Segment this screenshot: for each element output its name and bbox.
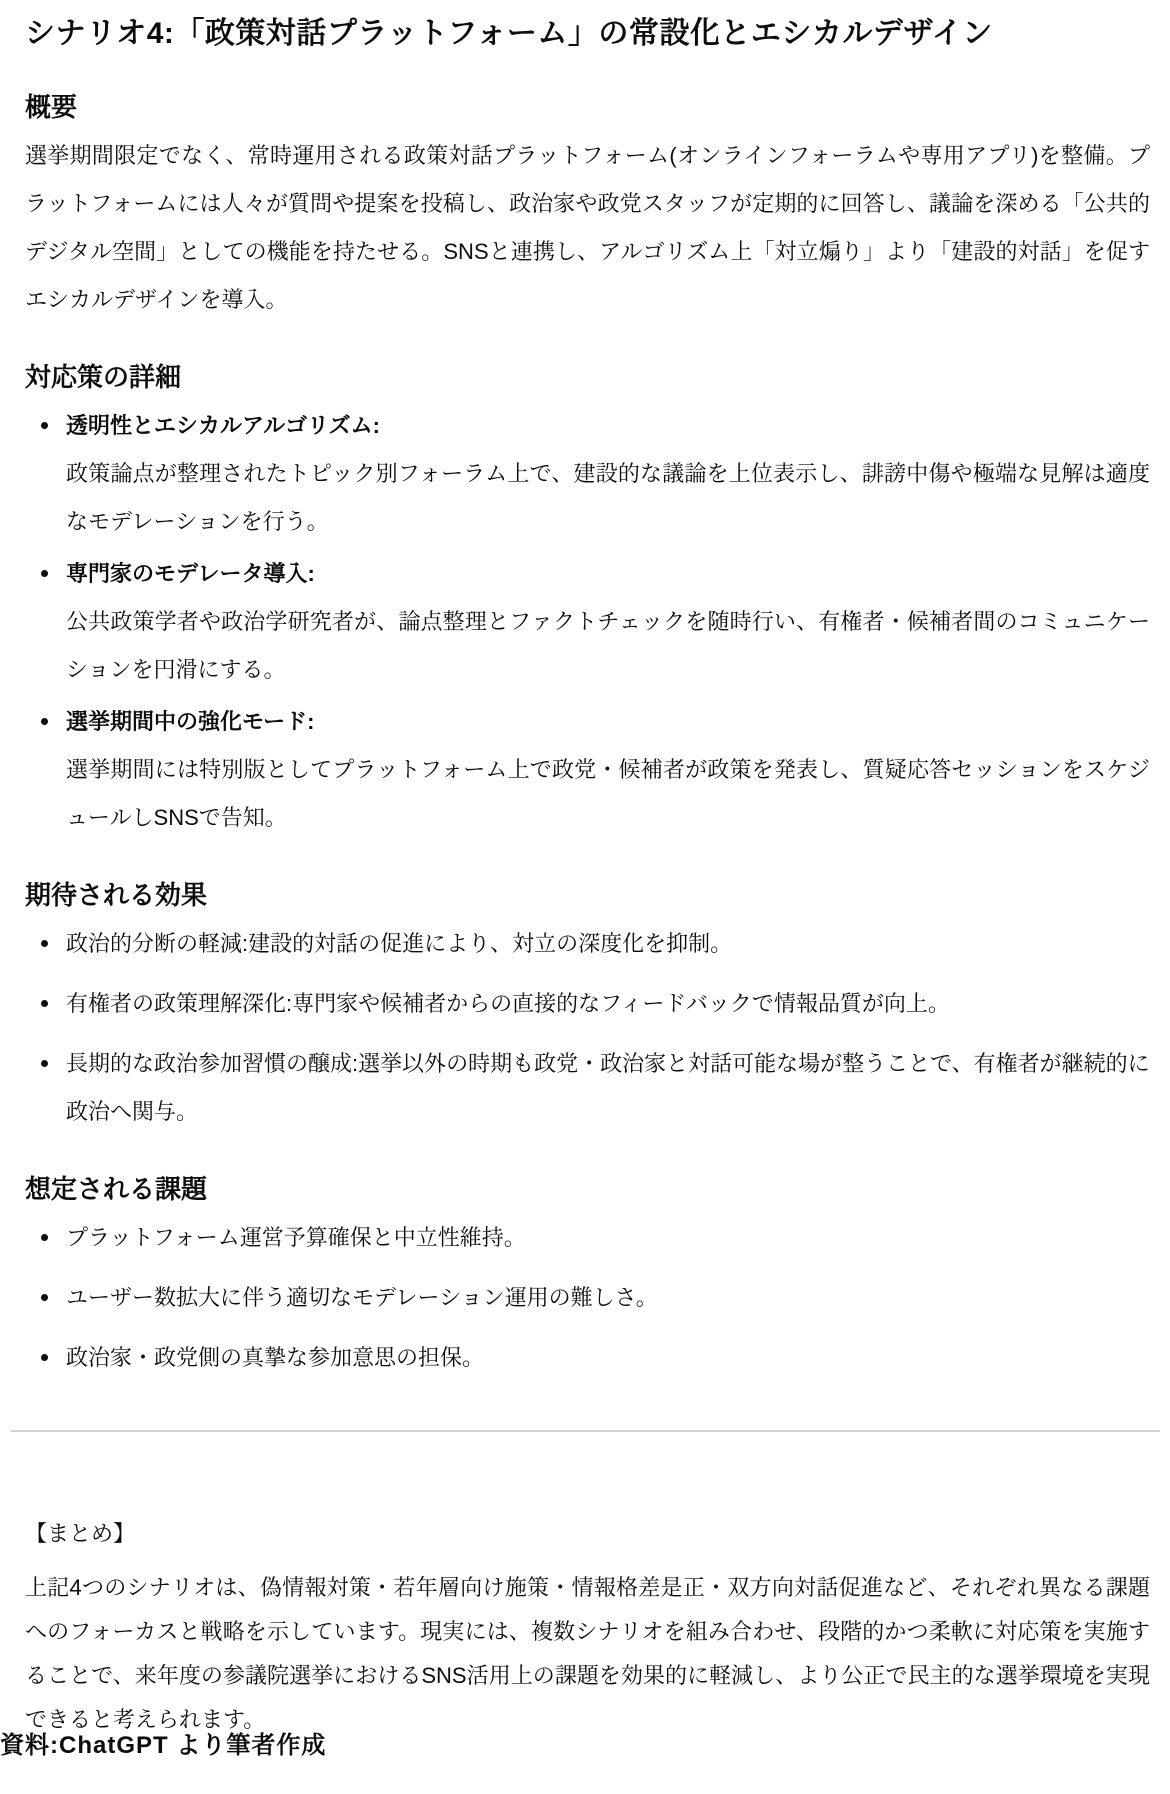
list-item: プラットフォーム運営予算確保と中立性維持。 [66, 1214, 1150, 1262]
page-title: シナリオ4:「政策対話プラットフォーム」の常設化とエシカルデザイン [25, 14, 1150, 54]
measure-description: 選挙期間には特別版としてプラットフォーム上で政党・候補者が政策を発表し、質疑応答… [66, 746, 1150, 842]
measure-label: 透明性とエシカルアルゴリズム: [66, 402, 1150, 450]
section-challenges: 想定される課題 プラットフォーム運営予算確保と中立性維持。 ユーザー数拡大に伴う… [25, 1172, 1150, 1382]
challenges-heading: 想定される課題 [25, 1172, 1150, 1206]
list-item: 長期的な政治参加習慣の醸成:選挙以外の時期も政党・政治家と対話可能な場が整うこと… [66, 1040, 1150, 1136]
list-item: 有権者の政策理解深化:専門家や候補者からの直接的なフィードバックで情報品質が向上… [66, 980, 1150, 1028]
overview-heading: 概要 [25, 90, 1150, 124]
section-effects: 期待される効果 政治的分断の軽減:建設的対話の促進により、対立の深度化を抑制。 … [25, 878, 1150, 1136]
section-summary: 【まとめ】 上記4つのシナリオは、偽情報対策・若年層向け施策・情報格差是正・双方… [25, 1512, 1150, 1742]
summary-heading: 【まとめ】 [25, 1512, 1150, 1556]
measure-description: 公共政策学者や政治学研究者が、論点整理とファクトチェックを随時行い、有権者・候補… [66, 598, 1150, 694]
summary-paragraph: 上記4つのシナリオは、偽情報対策・若年層向け施策・情報格差是正・双方向対話促進な… [25, 1566, 1150, 1742]
effects-heading: 期待される効果 [25, 878, 1150, 912]
section-measures: 対応策の詳細 透明性とエシカルアルゴリズム: 政策論点が整理されたトピック別フォ… [25, 360, 1150, 842]
section-overview: 概要 選挙期間限定でなく、常時運用される政策対話プラットフォーム(オンラインフォ… [25, 90, 1150, 324]
list-item: 透明性とエシカルアルゴリズム: 政策論点が整理されたトピック別フォーラム上で、建… [66, 402, 1150, 546]
list-item: 政治的分断の軽減:建設的対話の促進により、対立の深度化を抑制。 [66, 920, 1150, 968]
overview-paragraph: 選挙期間限定でなく、常時運用される政策対話プラットフォーム(オンラインフォーラム… [25, 132, 1150, 324]
scenario-document: シナリオ4:「政策対話プラットフォーム」の常設化とエシカルデザイン 概要 選挙期… [0, 14, 1170, 1760]
measure-label: 専門家のモデレータ導入: [66, 550, 1150, 598]
measure-description: 政策論点が整理されたトピック別フォーラム上で、建設的な議論を上位表示し、誹謗中傷… [66, 450, 1150, 546]
list-item: 選挙期間中の強化モード: 選挙期間には特別版としてプラットフォーム上で政党・候補… [66, 698, 1150, 842]
list-item: ユーザー数拡大に伴う適切なモデレーション運用の難しさ。 [66, 1274, 1150, 1322]
challenges-list: プラットフォーム運営予算確保と中立性維持。 ユーザー数拡大に伴う適切なモデレーシ… [25, 1214, 1150, 1382]
source-caption: 資料:ChatGPT より筆者作成 [0, 1732, 1150, 1760]
measures-heading: 対応策の詳細 [25, 360, 1150, 394]
effects-list: 政治的分断の軽減:建設的対話の促進により、対立の深度化を抑制。 有権者の政策理解… [25, 920, 1150, 1136]
section-divider [10, 1430, 1160, 1432]
measures-list: 透明性とエシカルアルゴリズム: 政策論点が整理されたトピック別フォーラム上で、建… [25, 402, 1150, 842]
list-item: 政治家・政党側の真摯な参加意思の担保。 [66, 1334, 1150, 1382]
list-item: 専門家のモデレータ導入: 公共政策学者や政治学研究者が、論点整理とファクトチェッ… [66, 550, 1150, 694]
measure-label: 選挙期間中の強化モード: [66, 698, 1150, 746]
